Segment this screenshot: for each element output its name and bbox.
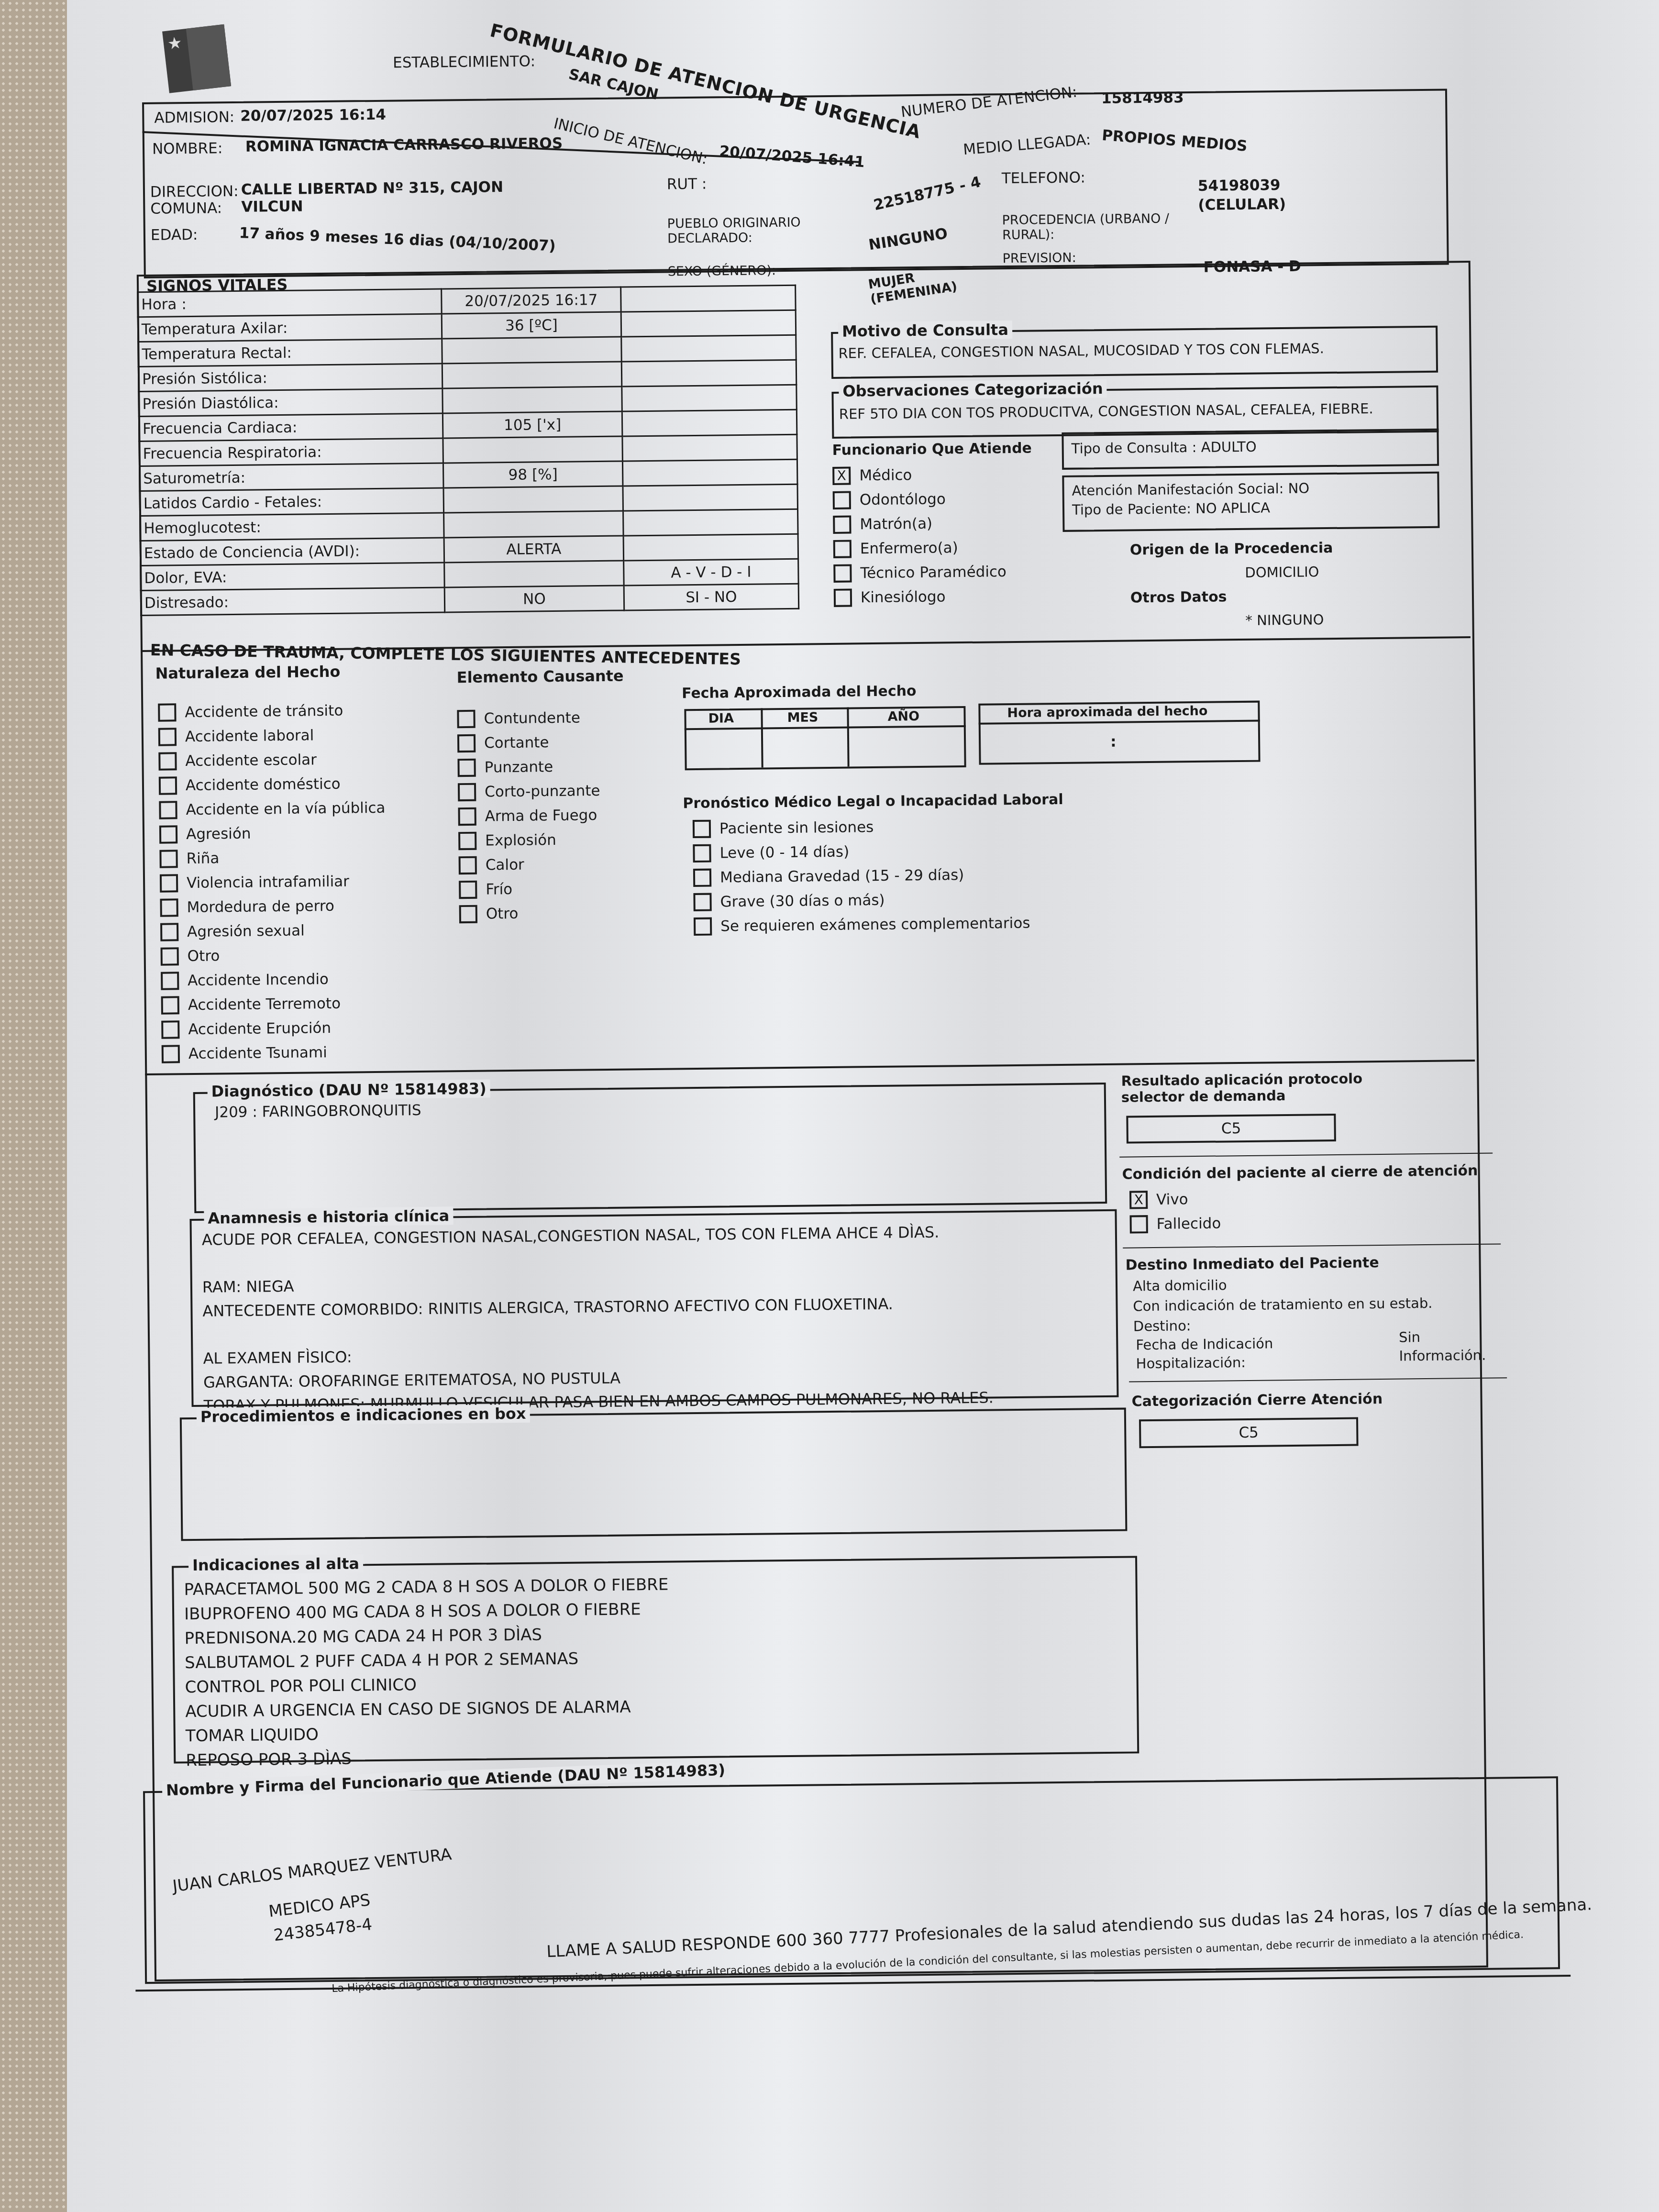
vitals-value xyxy=(443,436,623,463)
pronostico-label: Paciente sin lesiones xyxy=(719,818,874,837)
government-logo-icon: ★ xyxy=(162,24,231,93)
checkbox-icon[interactable] xyxy=(833,540,852,558)
anamnesis-title: Anamnesis e historia clínica xyxy=(204,1206,453,1227)
checkbox-icon[interactable] xyxy=(458,783,476,801)
pronostico-item[interactable]: Paciente sin lesiones xyxy=(693,813,1029,841)
categorizacion-title: Categorización Cierre Atención xyxy=(1131,1391,1382,1410)
elemento-title: Elemento Causante xyxy=(456,667,623,687)
diagnostico-box xyxy=(193,1083,1107,1213)
naturaleza-item[interactable]: Agresión sexual xyxy=(160,918,387,944)
checkbox-icon[interactable] xyxy=(693,868,711,886)
origen-title: Origen de la Procedencia xyxy=(1130,540,1333,558)
pronostico-item[interactable]: Mediana Gravedad (15 - 29 días) xyxy=(693,862,1030,890)
checkbox-icon[interactable] xyxy=(162,1045,180,1063)
pronostico-label: Se requieren exámenes complementarios xyxy=(720,914,1030,935)
vitals-value xyxy=(442,337,622,364)
checkbox-icon[interactable] xyxy=(457,709,475,728)
vitals-extra xyxy=(623,534,798,561)
naturaleza-item[interactable]: Accidente laboral xyxy=(158,722,385,749)
funcionario-title: Funcionario Que Atiende xyxy=(832,440,1032,459)
naturaleza-title: Naturaleza del Hecho xyxy=(155,663,340,683)
elemento-item[interactable]: Frío xyxy=(459,876,601,902)
funcionario-item[interactable]: Enfermero(a) xyxy=(833,535,1006,561)
elemento-label: Explosión xyxy=(485,831,556,850)
manifestacion-social: Atención Manifestación Social: NO xyxy=(1072,480,1309,498)
elemento-label: Arma de Fuego xyxy=(485,807,597,825)
elemento-item[interactable]: Punzante xyxy=(457,754,600,780)
naturaleza-label: Otro xyxy=(188,947,220,965)
procedimientos-title: Procedimientos e indicaciones en box xyxy=(197,1405,530,1426)
telefono-tipo: (CELULAR) xyxy=(1198,196,1286,214)
funcionario-item[interactable]: Matrón(a) xyxy=(833,510,1006,537)
elemento-label: Frío xyxy=(486,880,512,898)
checkbox-icon[interactable] xyxy=(459,880,477,898)
vitals-label: Presión Sistólica: xyxy=(138,364,442,392)
checkbox-icon[interactable] xyxy=(459,905,477,923)
establecimiento-label: ESTABLECIMIENTO: xyxy=(393,53,535,71)
vitals-value: NO xyxy=(444,586,624,612)
emergency-form: ★ FORMULARIO DE ATENCION DE URGENCIA EST… xyxy=(96,0,1551,2000)
indicaciones-text: PARACETAMOL 500 MG 2 CADA 8 H SOS A DOLO… xyxy=(184,1573,670,1773)
vitals-extra: SI - NO xyxy=(624,584,799,610)
prevision-label: PREVISION: xyxy=(1002,251,1076,266)
vitals-extra: A - V - D - I xyxy=(624,559,799,586)
pronostico-item[interactable]: Leve (0 - 14 días) xyxy=(693,838,1029,865)
hora-hecho-value: : xyxy=(1110,733,1117,751)
funcionario-list: XMédicoOdontólogoMatrón(a)Enfermero(a)Té… xyxy=(832,462,1007,610)
pronostico-label: Grave (30 días o más) xyxy=(720,891,885,910)
otros-title: Otros Datos xyxy=(1130,588,1227,606)
condicion-item[interactable]: XVivo xyxy=(1129,1187,1221,1212)
origen-value: DOMICILIO xyxy=(1245,564,1319,581)
fecha-col-anio: AÑO xyxy=(887,709,919,724)
funcionario-item[interactable]: Odontólogo xyxy=(833,486,1006,512)
direccion-value: CALLE LIBERTAD Nº 315, CAJON xyxy=(241,178,503,199)
naturaleza-label: Agresión sexual xyxy=(187,922,305,940)
pueblo-label: PUEBLO ORIGINARIO DECLARADO: xyxy=(667,215,811,246)
checkbox-icon[interactable] xyxy=(457,758,476,776)
admision-value: 20/07/2025 16:14 xyxy=(240,106,386,125)
checkbox-icon[interactable] xyxy=(693,819,711,838)
condicion-item[interactable]: Fallecido xyxy=(1129,1211,1221,1237)
condicion-label: Fallecido xyxy=(1157,1215,1221,1232)
naturaleza-label: Accidente Terremoto xyxy=(188,995,341,1013)
elemento-item[interactable]: Otro xyxy=(459,900,602,926)
fecha-col-mes: MES xyxy=(787,710,818,725)
elemento-label: Cortante xyxy=(484,734,549,752)
checkbox-icon[interactable] xyxy=(833,564,852,582)
telefono-label: TELEFONO: xyxy=(1002,169,1085,187)
vitals-value: 105 ['x] xyxy=(442,411,622,438)
checkbox-icon[interactable] xyxy=(834,588,852,607)
vitals-label: Latidos Cardio - Fetales: xyxy=(140,488,444,516)
naturaleza-label: Accidente laboral xyxy=(185,727,314,745)
elemento-item[interactable]: Explosión xyxy=(458,827,601,853)
diagnostico-text: J209 : FARINGOBRONQUITIS xyxy=(215,1102,421,1121)
checkbox-icon[interactable] xyxy=(458,807,476,825)
checkbox-icon[interactable] xyxy=(159,776,177,795)
naturaleza-label: Accidente Tsunami xyxy=(188,1044,327,1062)
elemento-label: Otro xyxy=(486,905,519,922)
categorizacion-value: C5 xyxy=(1139,1417,1359,1449)
vitals-value xyxy=(442,387,622,413)
nombre-value: ROMINA IGNACIA CARRASCO RIVEROS xyxy=(245,135,563,155)
anamnesis-text: ACUDE POR CEFALEA, CONGESTION NASAL,CONG… xyxy=(202,1220,994,1418)
naturaleza-label: Accidente doméstico xyxy=(186,775,341,794)
naturaleza-item[interactable]: Accidente escolar xyxy=(158,747,385,774)
fecha-col-dia: DIA xyxy=(708,711,734,726)
funcionario-label: Odontólogo xyxy=(860,490,946,509)
fecha-hospitalizacion-value: Sin Información. xyxy=(1399,1327,1495,1366)
pronostico-label: Mediana Gravedad (15 - 29 días) xyxy=(720,866,964,886)
checkbox-icon[interactable] xyxy=(458,831,476,850)
checkbox-icon[interactable] xyxy=(160,874,178,892)
procedencia-label: PROCEDENCIA (URBANO / RURAL): xyxy=(1002,211,1184,243)
naturaleza-label: Accidente en la vía pública xyxy=(186,799,385,818)
naturaleza-label: Accidente de tránsito xyxy=(185,702,343,720)
pronostico-list: Paciente sin lesionesLeve (0 - 14 días)M… xyxy=(693,813,1030,939)
checkbox-icon[interactable] xyxy=(160,923,178,941)
naturaleza-item[interactable]: Accidente Erupción xyxy=(161,1015,387,1042)
naturaleza-item[interactable]: Accidente en la vía pública xyxy=(159,796,385,822)
checkbox-icon[interactable] xyxy=(833,491,851,509)
vitals-extra xyxy=(621,335,796,362)
naturaleza-item[interactable]: Riña xyxy=(159,844,386,871)
vitals-extra xyxy=(622,409,797,436)
elemento-label: Calor xyxy=(486,856,524,874)
elemento-item[interactable]: Corto-punzante xyxy=(458,778,600,804)
elemento-item[interactable]: Calor xyxy=(459,852,601,877)
indicaciones-title: Indicaciones al alta xyxy=(188,1554,363,1574)
procedimientos-box xyxy=(180,1408,1128,1541)
vitals-label: Hemoglucotest: xyxy=(140,513,444,541)
naturaleza-item[interactable]: Accidente Tsunami xyxy=(162,1040,388,1066)
condicion-label: Vivo xyxy=(1156,1191,1188,1208)
checkbox-checked-icon[interactable]: X xyxy=(832,466,851,485)
destino-text: Alta domicilio Con indicación de tratami… xyxy=(1133,1273,1433,1337)
pronostico-item[interactable]: Se requieren exámenes complementarios xyxy=(694,911,1030,939)
vitals-extra xyxy=(622,434,797,461)
vitals-label: Frecuencia Respiratoria: xyxy=(139,438,443,466)
checkbox-icon[interactable] xyxy=(457,734,476,752)
tipo-consulta: Tipo de Consulta : ADULTO xyxy=(1072,439,1257,457)
vitals-label: Hora : xyxy=(138,289,442,317)
funcionario-item[interactable]: Técnico Paramédico xyxy=(833,559,1006,586)
elemento-item[interactable]: Cortante xyxy=(457,730,600,755)
naturaleza-list: Accidente de tránsitoAccidente laboralAc… xyxy=(158,698,388,1066)
checkbox-icon[interactable] xyxy=(158,752,177,770)
elemento-label: Corto-punzante xyxy=(485,782,600,801)
vitals-extra xyxy=(622,385,797,411)
naturaleza-label: Agresión xyxy=(186,825,251,842)
tipo-paciente: Tipo de Paciente: NO APLICA xyxy=(1072,499,1270,518)
checkbox-icon[interactable] xyxy=(833,515,851,533)
funcionario-item[interactable]: Kinesiólogo xyxy=(834,584,1007,610)
vitals-label: Temperatura Axilar: xyxy=(138,314,442,342)
naturaleza-item[interactable]: Accidente doméstico xyxy=(159,771,385,798)
fecha-hospitalizacion-label: Fecha de Indicación Hospitalización: xyxy=(1136,1334,1294,1373)
checkbox-icon[interactable] xyxy=(459,856,477,874)
admision-label: ADMISION: xyxy=(154,109,234,127)
paper-sheet: ★ FORMULARIO DE ATENCION DE URGENCIA EST… xyxy=(67,0,1659,2212)
otros-value: * NINGUNO xyxy=(1245,611,1324,629)
funcionario-label: Matrón(a) xyxy=(860,515,932,533)
checkbox-icon[interactable] xyxy=(161,972,179,990)
resultado-value: C5 xyxy=(1126,1114,1336,1144)
comuna-label: COMUNA: xyxy=(150,199,222,218)
elemento-label: Punzante xyxy=(484,758,553,776)
naturaleza-label: Accidente Erupción xyxy=(188,1019,331,1038)
checkbox-icon[interactable] xyxy=(159,825,177,843)
vitals-value xyxy=(444,561,624,587)
vitals-label: Estado de Conciencia (AVDI): xyxy=(140,538,444,566)
vitals-label: Distresado: xyxy=(141,587,445,616)
naturaleza-label: Riña xyxy=(186,850,219,867)
firma-box xyxy=(143,1776,1560,1984)
edad-label: EDAD: xyxy=(151,226,198,244)
vitals-extra xyxy=(621,360,796,387)
elemento-label: Contundente xyxy=(484,709,580,727)
diagnostico-title: Diagnóstico (DAU Nº 15814983) xyxy=(207,1079,490,1100)
funcionario-label: Médico xyxy=(859,466,912,484)
vitals-value xyxy=(442,362,622,388)
naturaleza-item[interactable]: Accidente de tránsito xyxy=(158,698,384,725)
naturaleza-item[interactable]: Accidente Incendio xyxy=(161,966,387,993)
direccion-label: DIRECCION: xyxy=(150,183,239,201)
destino-title: Destino Inmediato del Paciente xyxy=(1125,1254,1379,1274)
funcionario-item[interactable]: XMédico xyxy=(832,462,1006,488)
checkbox-icon[interactable] xyxy=(693,844,711,862)
checkbox-icon[interactable] xyxy=(159,801,177,819)
pronostico-item[interactable]: Grave (30 días o más) xyxy=(693,886,1030,914)
resultado-title: Resultado aplicación protocolo selector … xyxy=(1121,1070,1408,1105)
vitals-value xyxy=(444,511,624,538)
rut-label: RUT : xyxy=(667,176,707,193)
checkbox-icon[interactable] xyxy=(158,703,176,721)
checkbox-icon[interactable] xyxy=(693,893,711,911)
nombre-label: NOMBRE: xyxy=(152,140,223,158)
observaciones-title: Observaciones Categorización xyxy=(839,379,1107,400)
naturaleza-label: Mordedura de perro xyxy=(187,897,334,916)
vitals-value: 20/07/2025 16:17 xyxy=(442,287,621,314)
naturaleza-item[interactable]: Mordedura de perro xyxy=(160,893,386,920)
hora-hecho-title: Hora aproximada del hecho xyxy=(1007,704,1207,720)
vitals-value: 98 [%] xyxy=(443,461,623,488)
telefono-value: 54198039 xyxy=(1198,177,1281,195)
naturaleza-label: Accidente escolar xyxy=(185,751,317,770)
funcionario-label: Técnico Paramédico xyxy=(860,563,1006,582)
naturaleza-label: Violencia intrafamiliar xyxy=(187,873,349,892)
pronostico-label: Leve (0 - 14 días) xyxy=(719,843,849,862)
naturaleza-item[interactable]: Accidente Terremoto xyxy=(161,991,387,1018)
vitals-value xyxy=(443,486,623,513)
naturaleza-item[interactable]: Violencia intrafamiliar xyxy=(160,869,386,896)
elemento-list: ContundenteCortantePunzanteCorto-punzant… xyxy=(457,705,601,926)
vitals-extra xyxy=(621,285,796,312)
naturaleza-label: Accidente Incendio xyxy=(188,971,329,989)
naturaleza-item[interactable]: Agresión xyxy=(159,820,386,847)
vitals-extra xyxy=(622,459,797,486)
vitals-value: ALERTA xyxy=(444,536,624,563)
motivo-title: Motivo de Consulta xyxy=(838,321,1012,341)
checkbox-checked-icon[interactable]: X xyxy=(1129,1191,1148,1209)
checkbox-icon[interactable] xyxy=(160,898,178,917)
funcionario-label: Enfermero(a) xyxy=(860,539,958,557)
vitals-extra xyxy=(621,310,796,337)
vitals-value: 36 [ºC] xyxy=(442,312,621,339)
checkbox-icon[interactable] xyxy=(161,1020,179,1039)
naturaleza-item[interactable]: Otro xyxy=(160,942,387,969)
elemento-item[interactable]: Contundente xyxy=(457,705,599,731)
fecha-title: Fecha Aproximada del Hecho xyxy=(682,683,917,702)
elemento-item[interactable]: Arma de Fuego xyxy=(458,803,600,829)
comuna-value: VILCUN xyxy=(241,198,303,215)
checkbox-icon[interactable] xyxy=(159,850,177,868)
checkbox-icon[interactable] xyxy=(158,728,177,746)
funcionario-label: Kinesiólogo xyxy=(861,588,946,606)
vitals-table: Hora :20/07/2025 16:17Temperatura Axilar… xyxy=(137,285,799,616)
vitals-extra xyxy=(623,484,798,511)
checkbox-icon[interactable] xyxy=(161,947,179,965)
vitals-extra xyxy=(623,509,798,536)
checkbox-icon[interactable] xyxy=(1130,1215,1148,1233)
checkbox-icon[interactable] xyxy=(161,996,179,1014)
vitals-label: Dolor, EVA: xyxy=(141,563,445,591)
vitals-label: Temperatura Rectal: xyxy=(138,339,442,367)
vitals-label: Frecuencia Cardiaca: xyxy=(139,413,443,442)
checkbox-icon[interactable] xyxy=(694,917,712,935)
condicion-list: XVivoFallecido xyxy=(1129,1187,1221,1237)
vitals-label: Saturometría: xyxy=(140,463,444,491)
vitals-label: Presión Diastólica: xyxy=(139,388,443,417)
